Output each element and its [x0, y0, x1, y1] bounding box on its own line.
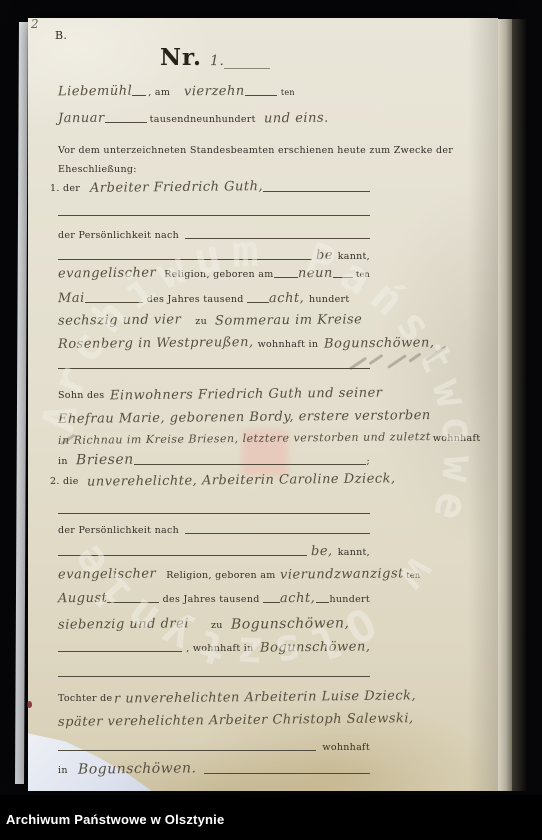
tochter-label: Tochter de — [58, 694, 112, 704]
identity-label: der Persönlichkeit nach — [58, 526, 179, 536]
hundert-label: hundert — [309, 295, 350, 305]
groom-parents-residence: Briesen — [76, 453, 134, 468]
form-line — [263, 592, 281, 603]
bride-parents2: später verehelichten Arbeiter Christoph … — [58, 712, 414, 729]
form-line — [204, 763, 370, 774]
wohnhaft-label: wohnhaft in — [258, 340, 319, 350]
bride-residence-row: , wohnhaft in Bogunschöwen, — [58, 641, 370, 654]
form-line — [58, 545, 307, 556]
groom-residence: Bogunschöwen, — [324, 336, 435, 350]
groom-year-rest: sechszig und vier — [58, 313, 181, 327]
form-line — [58, 666, 370, 677]
intro-line2: Eheschließung: — [58, 165, 137, 175]
bride-parents-row2: später verehelichten Arbeiter Christoph … — [58, 714, 370, 727]
groom-identity-row: der Persönlichkeit nach — [58, 228, 370, 241]
form-line — [85, 292, 143, 303]
form-line — [107, 592, 158, 603]
binding-fold-shade — [468, 18, 498, 791]
groom-birth-month: Mai — [58, 292, 85, 305]
wohnhaft-label: , wohnhaft in — [186, 644, 253, 654]
form-line — [58, 249, 312, 260]
bride-year-hundred: acht, — [280, 592, 315, 605]
wohnhaft-label: wohnhaft — [433, 434, 481, 444]
groom-religion-row: evangelischer Religion, geboren am neun … — [58, 267, 370, 280]
groom-birth-place: Sommerau im Kreise — [215, 313, 362, 328]
kannt-label: kannt, — [338, 548, 370, 558]
bride-birth-month: August — [58, 592, 107, 606]
bride-birth-day: vierundzwanzigst — [279, 567, 403, 581]
groom-bekannt-row: be kannt, — [58, 249, 370, 262]
form-line — [185, 228, 370, 239]
wohnhaft-label: wohnhaft — [322, 743, 370, 753]
bride-parents1: r unverehelichten Arbeiterin Luise Dziec… — [114, 689, 416, 705]
hundert-label: hundert — [329, 595, 370, 605]
am-label: , am — [148, 88, 170, 98]
groom-birthmonth-row: Mai des Jahres tausend acht, hundert — [58, 292, 370, 305]
groom-parents2: Ehefrau Marie, geborenen Bordy, erstere … — [58, 409, 431, 426]
zu-label: zu — [211, 621, 223, 631]
archival-scan: { "archive_bar": { "caption": "Archiwum … — [0, 0, 542, 840]
groom-index-label: 1. der — [50, 184, 80, 194]
form-line — [316, 592, 330, 603]
form-line — [274, 267, 298, 278]
groom-year-hundred: acht, — [269, 292, 304, 305]
groom-name-row: 1. der Arbeiter Friedrich Guth, — [50, 181, 370, 194]
bride-yearrest-row: siebenzig und drei zu Bogunschöwen, — [58, 617, 370, 631]
bride-religion-row: evangelischer Religion, geboren am vieru… — [58, 568, 370, 581]
identity-label: der Persönlichkeit nach — [58, 231, 179, 241]
bride-bekannt-row: be, kannt, — [58, 545, 370, 558]
kannt-label: kannt, — [338, 252, 370, 262]
ten-label: ten — [406, 572, 420, 580]
handwritten-page-number: 2 — [31, 18, 39, 30]
bride-birthmonth-row: August des Jahres tausend acht, hundert — [58, 592, 370, 605]
groom-birth-day: neun — [298, 267, 333, 280]
page-stack-edge — [498, 19, 512, 791]
month-value: Januar — [58, 112, 105, 125]
opening-place-date-row: Liebemühl , am vierzehn ten — [58, 85, 370, 98]
form-line — [58, 740, 316, 751]
bride-identity-row: der Persönlichkeit nach — [58, 523, 370, 536]
groom-be: be — [316, 249, 333, 262]
blank-line-row — [58, 666, 370, 679]
nr-value: 1. — [210, 54, 225, 68]
year-label: des Jahres tausend — [163, 595, 260, 605]
year-value: und eins. — [264, 112, 329, 126]
archive-caption: Archiwum Państwowe w Olsztynie — [6, 812, 224, 827]
religion-label: Religion, geboren am — [166, 571, 275, 581]
intro-line1: Vor dem unterzeichneten Standesbeamten e… — [58, 146, 453, 156]
sohn-label: Sohn des — [58, 391, 104, 401]
form-line — [132, 85, 146, 96]
binding-shadow — [512, 19, 526, 791]
blank-line-row — [58, 358, 370, 371]
zu-label: zu — [195, 317, 207, 327]
form-line — [224, 58, 270, 69]
groom-yearrest-row: sechszig und vier zu Sommerau im Kreise — [58, 314, 370, 327]
bride-parents-residence: Bogunschöwen. — [78, 761, 197, 776]
religion-label: Religion, geboren am — [164, 270, 273, 280]
form-line — [58, 358, 370, 369]
form-line — [105, 112, 147, 123]
groom-residence-row: Rosenberg in Westpreußen, wohnhaft in Bo… — [58, 337, 370, 350]
ten-label: ten — [356, 271, 370, 279]
in-label: in — [58, 766, 68, 776]
blank-line-row — [58, 503, 370, 516]
form-line — [263, 181, 370, 192]
bride-wohnhaft-row: wohnhaft — [58, 740, 370, 753]
groom-parents1: Einwohners Friedrich Guth und seiner — [110, 387, 383, 403]
nr-label: Nr. — [160, 44, 202, 71]
groom-name: Arbeiter Friedrich Guth, — [90, 180, 263, 195]
form-line — [58, 205, 370, 216]
form-line — [58, 503, 370, 514]
form-line — [245, 85, 277, 96]
bride-be: be, — [311, 545, 333, 558]
groom-parents-row3: in Richnau im Kreise Briesen, letztere v… — [58, 433, 370, 444]
bride-religion: evangelischer — [58, 567, 156, 581]
form-line — [247, 292, 269, 303]
groom-parents-row1: Sohn des Einwohners Friedrich Guth und s… — [58, 388, 370, 401]
bride-name: unverehelichte, Arbeiterin Caroline Dzie… — [87, 472, 396, 488]
groom-religion: evangelischer — [58, 266, 156, 280]
red-ink-mark — [27, 701, 32, 708]
ten-label: ten — [281, 89, 295, 97]
blank-line-row — [58, 205, 370, 218]
form-line — [333, 267, 353, 278]
section-letter: B. — [55, 30, 67, 41]
bride-parents-residence-row: in Bogunschöwen. — [58, 762, 370, 776]
groom-birth-place2: Rosenberg in Westpreußen, — [58, 336, 254, 351]
bride-parents-row1: Tochter de r unverehelichten Arbeiterin … — [58, 691, 370, 704]
bride-name-row: 2. die unverehelichte, Arbeiterin Caroli… — [50, 474, 370, 487]
opening-month-year-row: Januar tausendneunhundert und eins. — [58, 112, 370, 125]
place-value: Liebemühl — [58, 85, 132, 99]
in-label: in — [58, 457, 68, 467]
day-value: vierzehn — [184, 85, 245, 99]
bride-birth-place: Bogunschöwen, — [231, 616, 350, 631]
groom-parents-row2: Ehefrau Marie, geborenen Bordy, erstere … — [58, 411, 370, 424]
bride-residence: Bogunschöwen, — [259, 640, 370, 654]
groom-parents-residence-row: in Briesen ; — [58, 453, 370, 467]
year-label: des Jahres tausend — [147, 295, 244, 305]
form-line — [185, 523, 370, 534]
form-line — [134, 454, 367, 465]
bride-index-label: 2. die — [50, 477, 79, 487]
record-number-heading: Nr. 1. — [160, 44, 270, 71]
semicolon: ; — [366, 457, 370, 467]
thousand-label: tausendneunhundert — [150, 115, 256, 125]
bride-year-rest: siebenzig und drei — [58, 617, 189, 631]
underlying-page-edge — [15, 22, 28, 784]
caption-bar: Archiwum Państwowe w Olsztynie — [0, 795, 542, 840]
form-line — [58, 641, 182, 652]
